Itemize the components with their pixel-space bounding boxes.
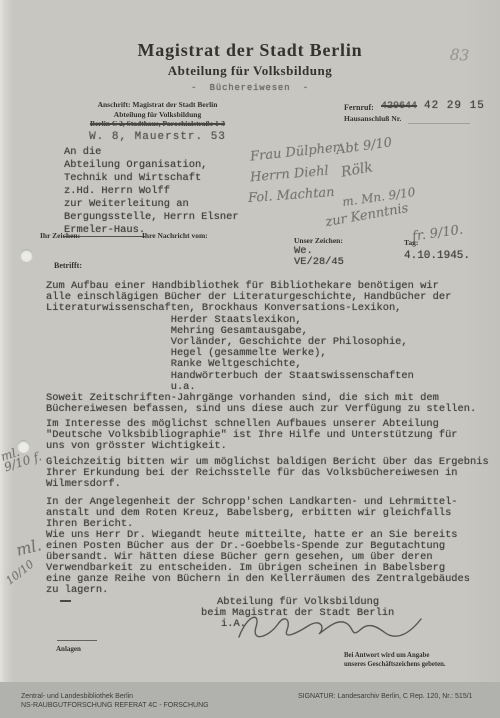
letter-paper: Magistrat der Stadt Berlin Abteilung für…: [0, 0, 500, 682]
signature-script: [233, 605, 433, 653]
sender-line: Abteilung für Volksbildung: [55, 110, 260, 120]
sender-line-struck: Berlin C 2, Stadthaus, Parochialstraße 1…: [55, 119, 260, 129]
phone-number-old: 429644: [381, 101, 417, 112]
ref-label-tag: Tag:: [404, 238, 418, 247]
letter-title: Magistrat der Stadt Berlin: [0, 40, 500, 61]
ref-value-tag: 4.10.1945.: [404, 250, 470, 262]
letter-subtitle: Abteilung für Volksbildung: [0, 63, 500, 79]
reply-note: Bei Antwort wird um Angabe unseres Gesch…: [344, 652, 446, 669]
ref-label-nachricht: Ihre Nachricht vom:: [142, 231, 208, 240]
phone-label: Fernruf:: [344, 103, 374, 112]
body-paragraph-4: In der Angelegenheit der Schropp'schen L…: [46, 497, 458, 531]
sender-address-block: Anschrift: Magistrat der Stadt Berlin Ab…: [55, 100, 260, 143]
pencil-annotation: Rölk: [340, 159, 374, 180]
hole-punch: [20, 249, 33, 262]
pencil-annotation: Fol. Machtan: [248, 185, 335, 206]
pencil-margin-note: 10/10: [3, 558, 36, 588]
body-paragraph-5: Wie uns Herr Dr. Wiegandt heute mitteilt…: [46, 530, 470, 596]
scanned-letter-page: Magistrat der Stadt Berlin Abteilung für…: [0, 0, 500, 718]
anlagen-label: Anlagen: [56, 645, 81, 653]
ref-label-ihr-zeichen: Ihr Zeichen:: [40, 231, 80, 240]
sender-line-typed: W. 8, Mauerstr. 53: [55, 131, 260, 143]
archive-caption-right: SIGNATUR: Landesarchiv Berlin, C Rep. 12…: [298, 693, 473, 702]
body-paragraph-2: Im Interesse des möglichst schnellen Auf…: [46, 419, 458, 453]
pencil-annotation: fr. 9/10.: [411, 223, 464, 245]
pencil-annotation: Herrn Diehl: [249, 164, 329, 186]
anlagen-rule: [57, 640, 97, 641]
pencil-margin-note: ml.: [14, 535, 43, 560]
archive-caption-left: Zentral- und Landesbibliothek Berlin NS-…: [21, 693, 209, 710]
section-line: - Büchereiwesen -: [0, 83, 500, 93]
sender-line: Anschrift: Magistrat der Stadt Berlin: [55, 100, 260, 110]
dash-mark: [60, 600, 71, 602]
phone-number: 42 29 15: [424, 100, 485, 112]
pencil-annotation: Frau Dülpher: [249, 140, 339, 164]
betrifft-label: Betrifft:: [54, 261, 82, 270]
house-connection-label: Hausanschluß Nr.: [344, 114, 401, 123]
blank-line: [408, 123, 470, 124]
pencil-annotation: Abt 9/10: [335, 135, 393, 158]
pencil-margin-note: ml. 9/10 f.: [0, 441, 43, 474]
ref-value-unser-zeichen: We. VE/28/45: [294, 246, 344, 268]
archive-caption-strip: Zentral- und Landesbibliothek Berlin NS-…: [0, 682, 500, 718]
body-paragraph-1: Zum Aufbau einer Handbibliothek für Bibl…: [46, 281, 476, 415]
body-paragraph-3: Gleichzeitig bitten wir um möglichst bal…: [46, 457, 489, 491]
ref-label-unser-zeichen: Unser Zeichen:: [294, 236, 343, 245]
handwritten-page-number: 83: [449, 45, 469, 64]
recipient-address: An die Abteilung Organisation, Technik u…: [64, 146, 239, 225]
